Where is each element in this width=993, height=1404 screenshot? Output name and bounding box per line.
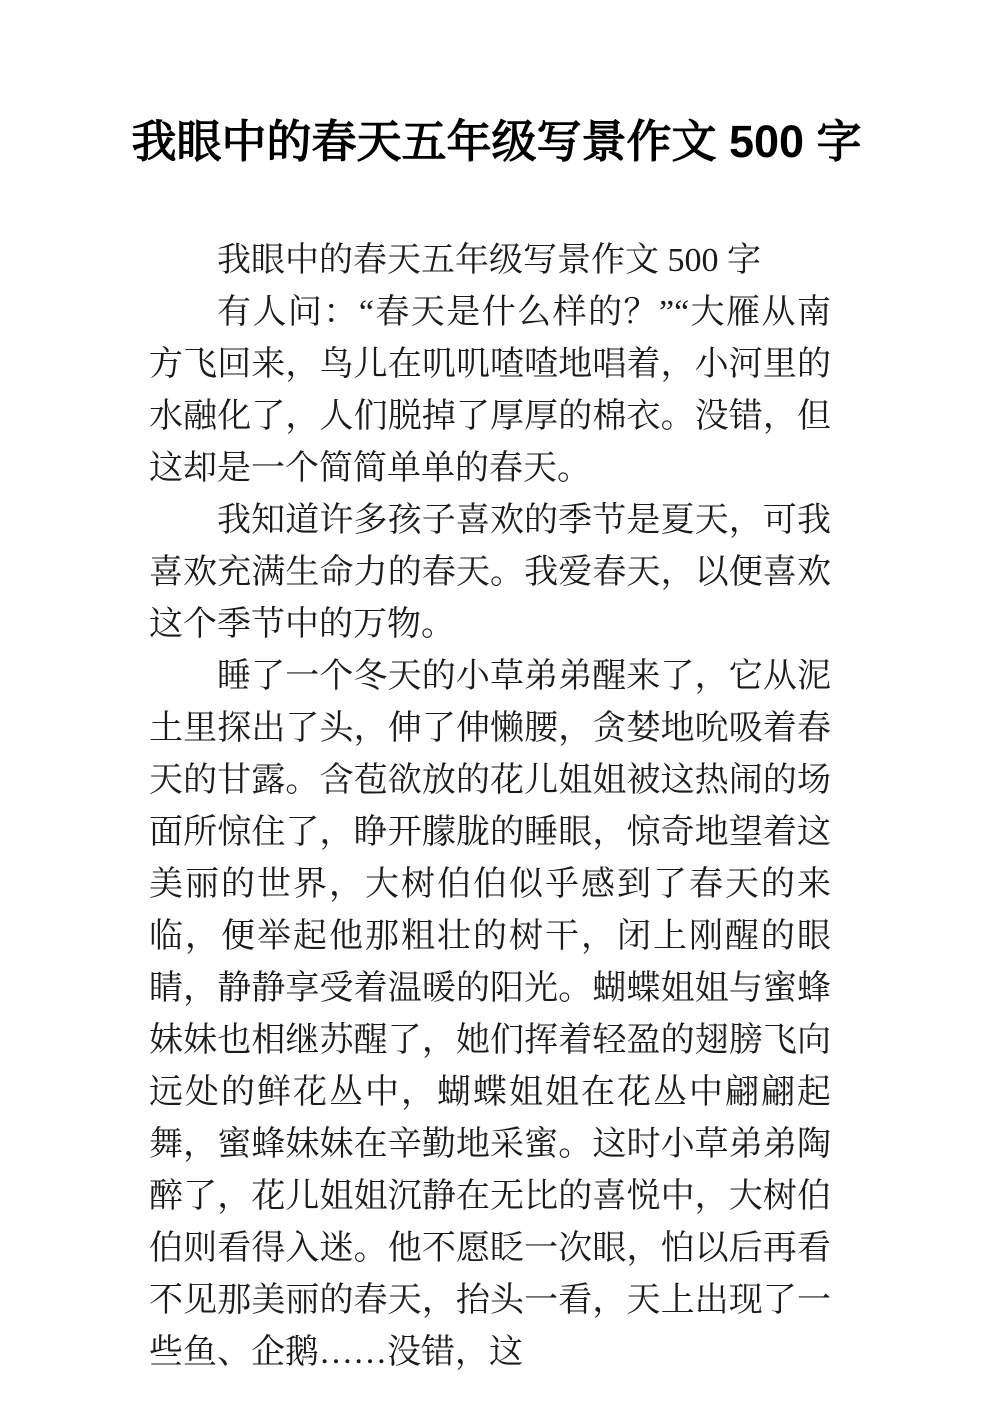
paragraph: 有人问：“春天是什么样的？”“大雁从南方飞回来，鸟儿在叽叽喳喳地唱着，小河里的水…: [149, 287, 831, 495]
paragraph: 睡了一个冬天的小草弟弟醒来了，它从泥土里探出了头，伸了伸懒腰，贪婪地吮吸着春天的…: [149, 651, 831, 1379]
paragraph-title-line: 我眼中的春天五年级写景作文 500 字: [149, 235, 831, 287]
document-title: 我眼中的春天五年级写景作文 500 字: [0, 0, 993, 173]
document-body: 我眼中的春天五年级写景作文 500 字 有人问：“春天是什么样的？”“大雁从南方…: [149, 235, 831, 1379]
paragraph: 我知道许多孩子喜欢的季节是夏天，可我喜欢充满生命力的春天。我爱春天，以便喜欢这个…: [149, 495, 831, 651]
document-page: 我眼中的春天五年级写景作文 500 字 我眼中的春天五年级写景作文 500 字 …: [0, 0, 993, 1404]
